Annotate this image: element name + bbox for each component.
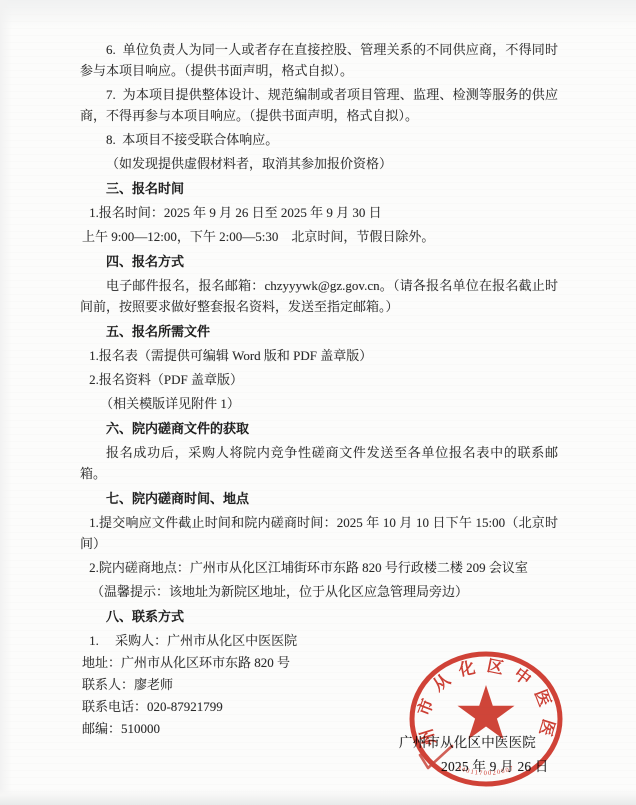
seal-star-icon — [458, 685, 515, 739]
negotiation-deadline: 1.提交响应文件截止时间和院内磋商时间：2025 年 10 月 10 日下午 1… — [80, 512, 558, 554]
heading-7-negotiation-time-place: 七、院内磋商时间、地点 — [80, 488, 558, 509]
registration-time-item: 1.报名时间：2025 年 9 月 26 日至 2025 年 9 月 30 日 — [80, 202, 558, 223]
scanned-document-page: 6. 单位负责人为同一人或者存在直接控股、管理关系的不同供应商，不得同时参与本项… — [0, 0, 636, 805]
document-body: 6. 单位负责人为同一人或者存在直接控股、管理关系的不同供应商，不得同时参与本项… — [0, 0, 636, 740]
negotiation-place: 2.院内磋商地点：广州市从化区江埔街环市东路 820 号行政楼二楼 209 会议… — [80, 557, 558, 578]
template-note: （相关模版详见附件 1） — [80, 393, 558, 414]
registration-method: 电子邮件报名，报名邮箱：chzyyywk@gz.gov.cn。（请各报名单位在报… — [80, 275, 558, 317]
fraud-note: （如发现提供虚假材料者，取消其参加报价资格） — [80, 153, 558, 174]
heading-4-registration-method: 四、报名方式 — [80, 251, 558, 272]
scan-edge-bottom — [0, 789, 636, 805]
seal-graphic: 广州市从化区中医医院 4401170020007 — [394, 644, 580, 796]
clause-6: 6. 单位负责人为同一人或者存在直接控股、管理关系的不同供应商，不得同时参与本项… — [80, 39, 558, 81]
document-acquisition: 报名成功后，采购人将院内竞争性磋商文件发送至各单位报名表中的联系邮箱。 — [80, 442, 558, 484]
heading-8-contact: 八、联系方式 — [80, 606, 558, 627]
seal-code-text: 4401170020007 — [456, 765, 515, 777]
official-seal-stamp: 广州市从化区中医医院 4401170020007 — [394, 644, 580, 796]
clause-7: 7. 为本项目提供整体设计、规范编制或者项目管理、监理、检测等服务的供应商，不得… — [80, 84, 558, 126]
required-doc-1: 1.报名表（需提供可编辑 Word 版和 PDF 盖章版） — [80, 345, 558, 366]
address-tip: （温馨提示：该地址为新院区地址，位于从化区应急管理局旁边） — [80, 581, 558, 602]
heading-3-registration-time: 三、报名时间 — [80, 178, 558, 199]
heading-6-document-acquisition: 六、院内磋商文件的获取 — [80, 418, 558, 439]
required-doc-2: 2.报名资料（PDF 盖章版） — [80, 369, 558, 390]
registration-hours: 上午 9:00—12:00，下午 2:00—5:30 北京时间，节假日除外。 — [80, 226, 558, 247]
clause-8: 8. 本项目不接受联合体响应。 — [80, 129, 558, 150]
heading-5-required-documents: 五、报名所需文件 — [80, 321, 558, 342]
